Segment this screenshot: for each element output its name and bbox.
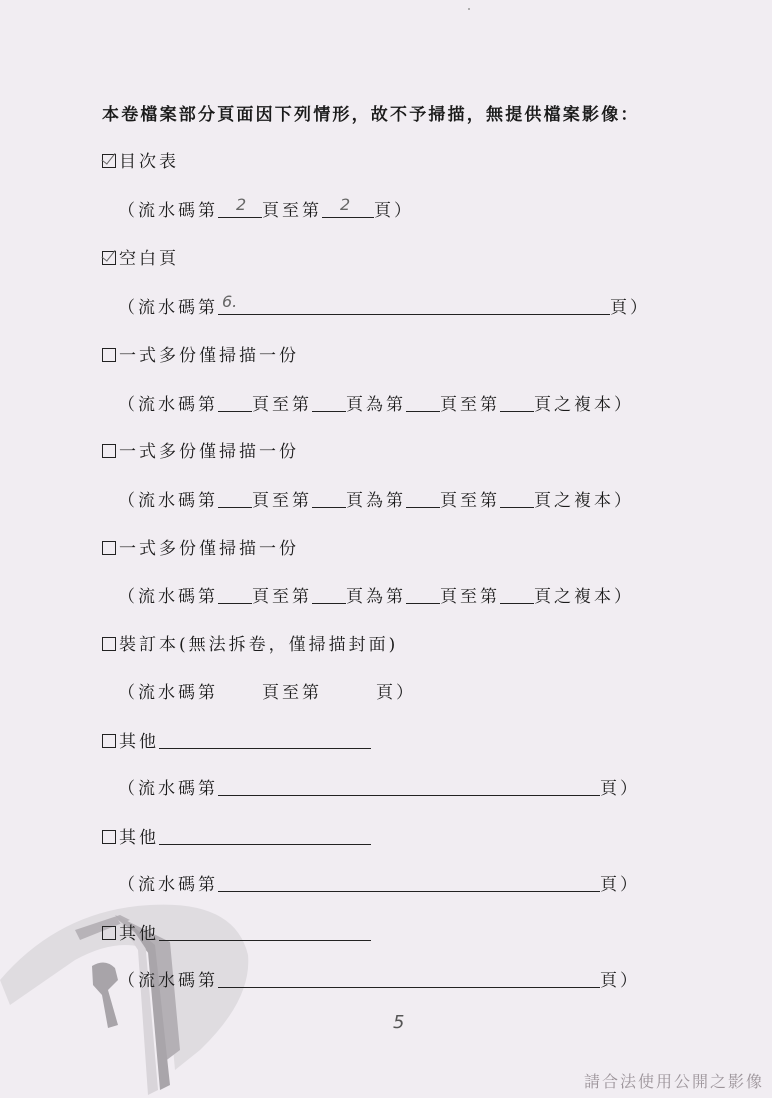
handwritten-value: 2: [236, 193, 246, 217]
option-detail-row: （流水碼第頁）: [118, 969, 640, 993]
checkbox-icon[interactable]: [102, 348, 116, 362]
detail-text: 頁至第: [252, 395, 312, 415]
detail-text: 頁）: [600, 971, 640, 991]
checkbox-icon[interactable]: [102, 637, 116, 651]
option-bound-volume[interactable]: 裝訂本(無法拆卷，僅掃描封面): [102, 633, 398, 657]
detail-text: 頁為第: [346, 491, 406, 511]
option-detail-row: （流水碼第頁至第頁為第頁至第頁之複本）: [118, 489, 634, 513]
page-field[interactable]: [312, 585, 346, 604]
option-detail-row: （流水碼第頁至第頁為第頁至第頁之複本）: [118, 393, 634, 417]
detail-text: 頁）: [374, 201, 414, 221]
option-other-1[interactable]: 其他: [102, 730, 371, 754]
detail-text: 頁至第: [262, 201, 322, 221]
detail-text: 頁）: [376, 683, 416, 703]
option-label: 一式多份僅掃描一份: [119, 442, 299, 462]
option-multi-copy-3[interactable]: 一式多份僅掃描一份: [102, 537, 299, 561]
page-field[interactable]: [312, 393, 346, 412]
form-title: 本卷檔案部分頁面因下列情形，故不予掃描，無提供檔案影像：: [102, 103, 640, 127]
footer-usage-notice: 請合法使用公開之影像: [584, 1069, 764, 1092]
other-reason-field[interactable]: [159, 826, 371, 845]
detail-text: 頁之複本）: [534, 395, 634, 415]
detail-text: 頁）: [600, 779, 640, 799]
detail-text: （流水碼第: [118, 971, 218, 991]
detail-text: （流水碼第: [118, 491, 218, 511]
page-field[interactable]: [218, 489, 252, 508]
detail-text: 頁至第: [252, 491, 312, 511]
detail-text: （流水碼第: [118, 875, 218, 895]
detail-text: 頁至第: [262, 683, 322, 703]
option-label: 一式多份僅掃描一份: [119, 346, 299, 366]
page-field[interactable]: [218, 969, 600, 988]
option-label: 其他: [119, 828, 159, 848]
page-field[interactable]: 6.: [218, 296, 610, 315]
option-other-3[interactable]: 其他: [102, 922, 371, 946]
checkbox-icon[interactable]: [102, 541, 116, 555]
detail-text: 頁至第: [440, 491, 500, 511]
scan-speck: [468, 8, 470, 10]
detail-text: （流水碼第: [118, 683, 218, 703]
option-label: 裝訂本(無法拆卷，僅掃描封面): [119, 635, 398, 655]
page-field[interactable]: [406, 489, 440, 508]
option-label: 目次表: [119, 152, 179, 172]
detail-text: 頁之複本）: [534, 491, 634, 511]
checkbox-checked-icon[interactable]: [102, 154, 116, 168]
detail-text: （流水碼第: [118, 779, 218, 799]
option-table-of-contents[interactable]: 目次表: [102, 150, 179, 174]
page-field[interactable]: [500, 393, 534, 412]
detail-text: 頁為第: [346, 395, 406, 415]
page-field[interactable]: [218, 585, 252, 604]
to-page-field[interactable]: 2: [322, 199, 374, 218]
detail-text: 頁為第: [346, 587, 406, 607]
page-field[interactable]: [312, 489, 346, 508]
page-field[interactable]: [218, 873, 600, 892]
page-field[interactable]: [500, 489, 534, 508]
detail-text: （流水碼第: [118, 587, 218, 607]
option-blank-page[interactable]: 空白頁: [102, 247, 179, 271]
handwritten-value: 2: [340, 193, 350, 217]
option-detail-row: （流水碼第頁）: [118, 777, 640, 801]
detail-text: 頁）: [610, 298, 650, 318]
from-page-field[interactable]: 2: [218, 199, 262, 218]
option-detail-row: （流水碼第頁至第頁為第頁至第頁之複本）: [118, 585, 634, 609]
checkbox-icon[interactable]: [102, 926, 116, 940]
document-page: 本卷檔案部分頁面因下列情形，故不予掃描，無提供檔案影像： 目次表 （流水碼第2頁…: [0, 0, 772, 1098]
handwritten-page-number: 5: [393, 1012, 404, 1033]
option-label: 空白頁: [119, 249, 179, 269]
page-field[interactable]: [406, 393, 440, 412]
page-field[interactable]: [218, 393, 252, 412]
page-field[interactable]: [406, 585, 440, 604]
detail-text: （流水碼第: [118, 201, 218, 221]
other-reason-field[interactable]: [159, 922, 371, 941]
option-label: 一式多份僅掃描一份: [119, 539, 299, 559]
detail-text: （流水碼第: [118, 395, 218, 415]
option-multi-copy-1[interactable]: 一式多份僅掃描一份: [102, 344, 299, 368]
option-detail-row: （流水碼第頁）: [118, 873, 640, 897]
detail-text: （流水碼第: [118, 298, 218, 318]
checkbox-icon[interactable]: [102, 734, 116, 748]
detail-text: 頁至第: [440, 395, 500, 415]
option-label: 其他: [119, 732, 159, 752]
detail-text: 頁）: [600, 875, 640, 895]
option-other-2[interactable]: 其他: [102, 826, 371, 850]
page-field[interactable]: [500, 585, 534, 604]
page-field[interactable]: [218, 777, 600, 796]
detail-text: 頁至第: [440, 587, 500, 607]
handwritten-value: 6.: [222, 290, 237, 314]
option-detail-row: （流水碼第6.頁）: [118, 296, 650, 320]
detail-text: 頁至第: [252, 587, 312, 607]
other-reason-field[interactable]: [159, 730, 371, 749]
checkbox-icon[interactable]: [102, 444, 116, 458]
option-label: 其他: [119, 924, 159, 944]
option-detail-row: （流水碼第頁至第頁）: [118, 681, 416, 705]
option-multi-copy-2[interactable]: 一式多份僅掃描一份: [102, 440, 299, 464]
detail-text: 頁之複本）: [534, 587, 634, 607]
checkbox-icon[interactable]: [102, 830, 116, 844]
option-detail-row: （流水碼第2頁至第2頁）: [118, 199, 414, 223]
checkbox-checked-icon[interactable]: [102, 251, 116, 265]
